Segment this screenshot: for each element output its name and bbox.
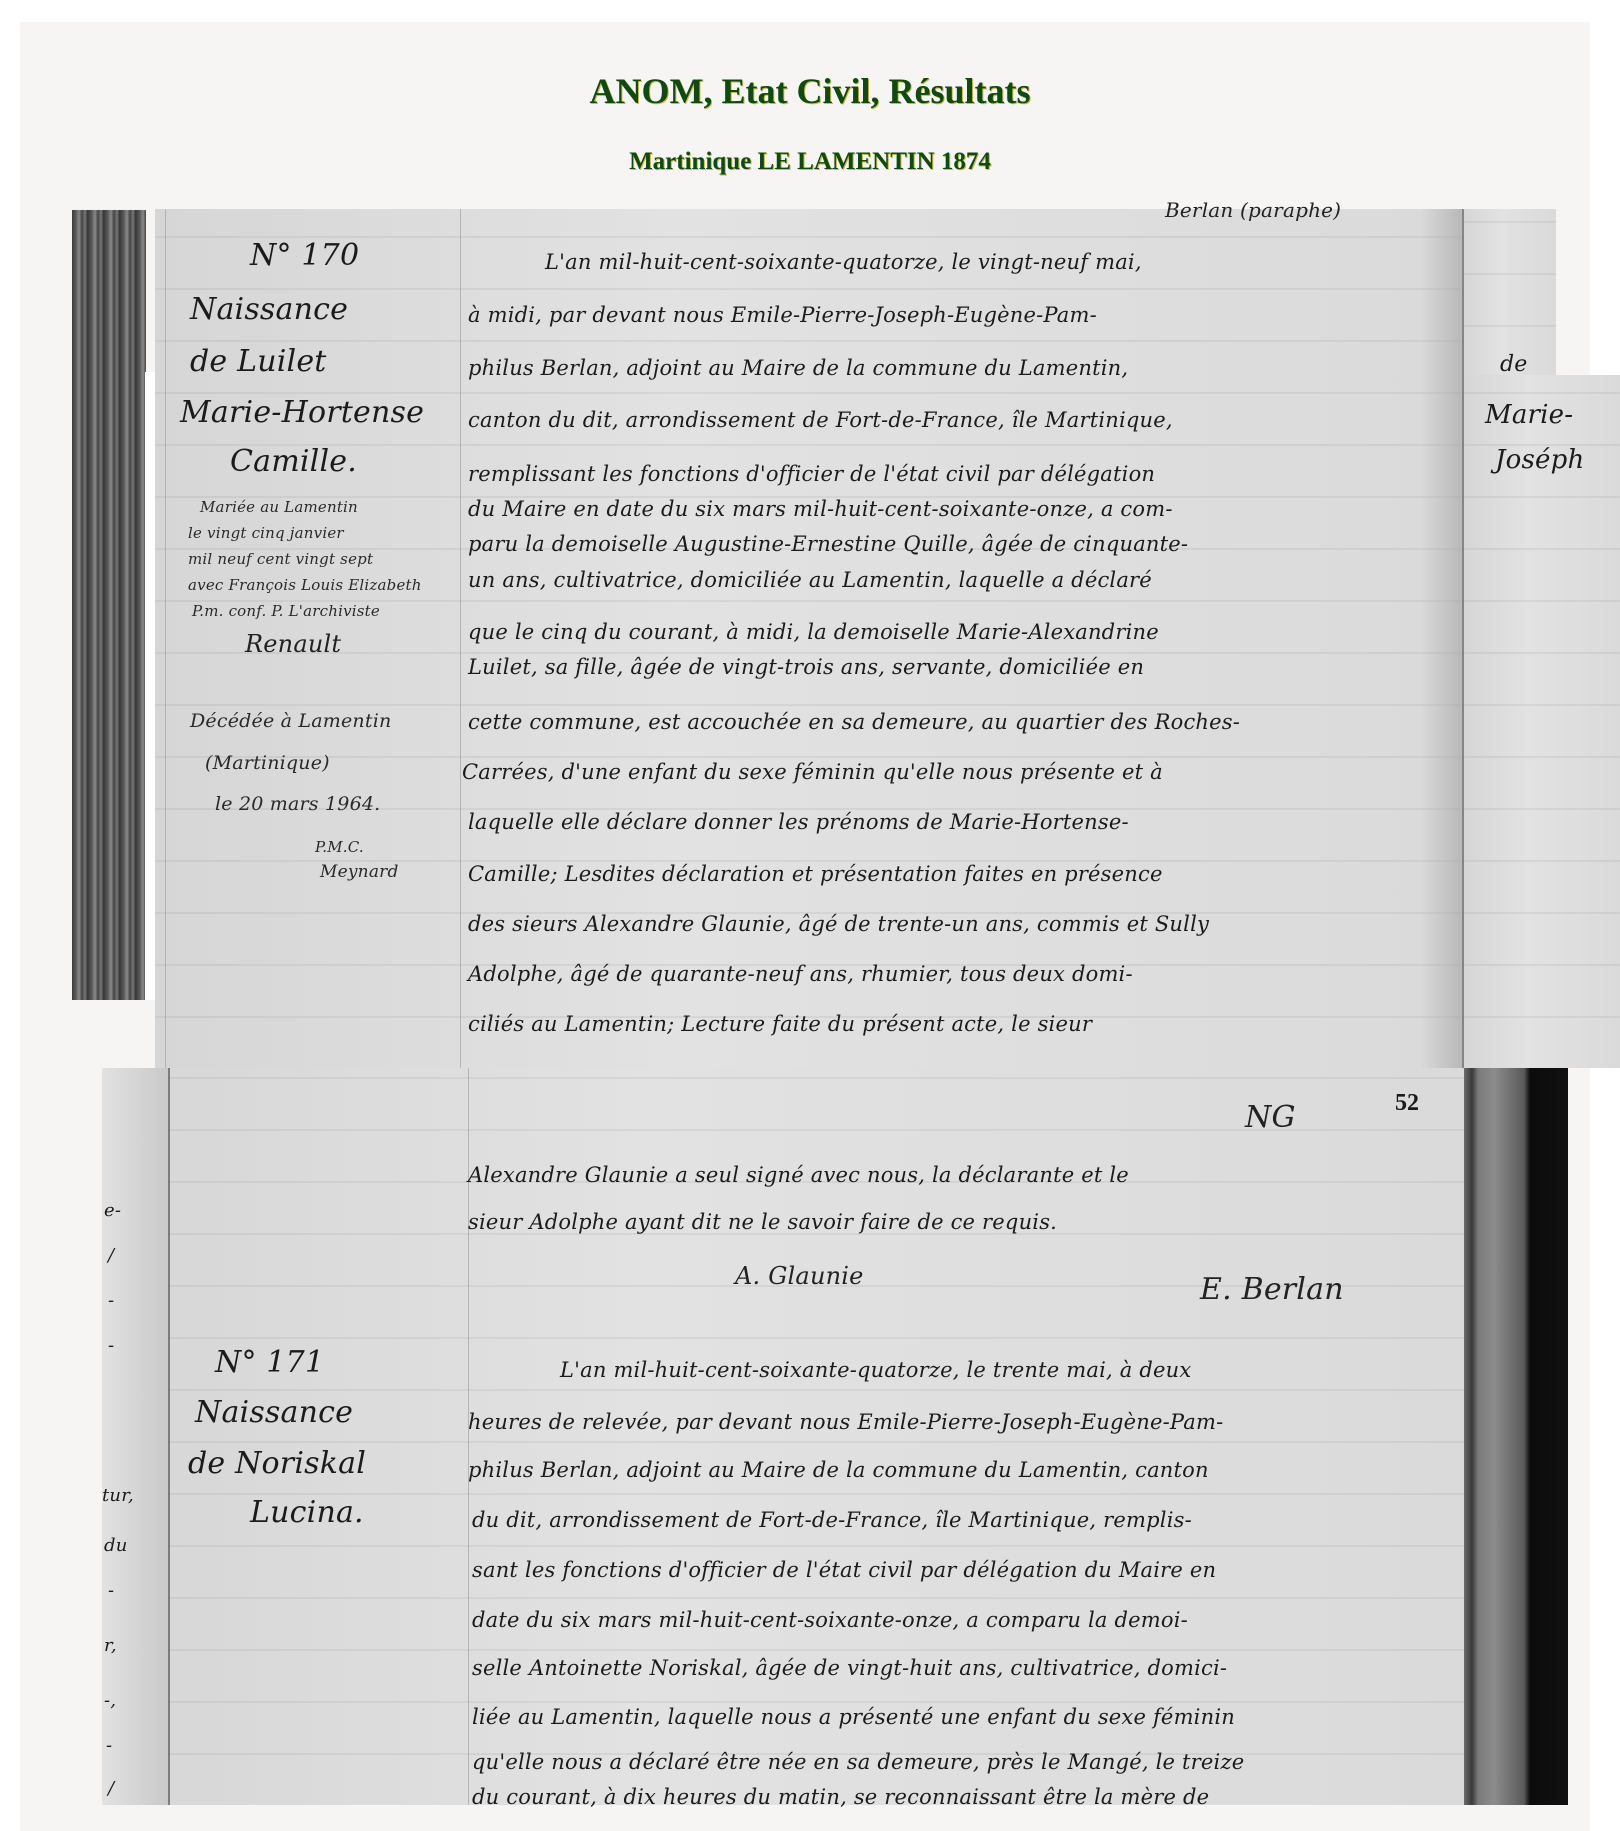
page-title: ANOM, Etat Civil, Résultats bbox=[0, 70, 1620, 112]
body-line: L'an mil-huit-cent-soixante-quatorze, le… bbox=[560, 1358, 1191, 1382]
adjacent-text: Joséph bbox=[1495, 445, 1584, 475]
continuation-line: Alexandre Glaunie a seul signé avec nous… bbox=[468, 1163, 1129, 1187]
body-line: philus Berlan, adjoint au Maire de la co… bbox=[468, 1458, 1209, 1482]
margin-naissance: Naissance bbox=[190, 292, 348, 327]
body-line: heures de relevée, par devant nous Emile… bbox=[468, 1410, 1223, 1434]
margin-surname: de Noriskal bbox=[188, 1446, 366, 1481]
body-line: du Maire en date du six mars mil-huit-ce… bbox=[468, 497, 1173, 521]
body-line: Luilet, sa fille, âgée de vingt-trois an… bbox=[468, 655, 1144, 679]
body-line: paru la demoiselle Augustine-Ernestine Q… bbox=[468, 532, 1188, 556]
margin-given-names-2: Camille. bbox=[230, 444, 357, 479]
body-line: du courant, à dix heures du matin, se re… bbox=[472, 1785, 1209, 1809]
body-line: cette commune, est accouchée en sa demeu… bbox=[468, 710, 1240, 734]
body-line: des sieurs Alexandre Glaunie, âgé de tre… bbox=[468, 912, 1209, 936]
margin-given-names: Marie-Hortense bbox=[180, 395, 424, 430]
body-line: canton du dit, arrondissement de Fort-de… bbox=[468, 408, 1173, 432]
body-line: ciliés au Lamentin; Lecture faite du pré… bbox=[468, 1012, 1092, 1036]
margin-naissance: Naissance bbox=[195, 1395, 353, 1430]
body-line: liée au Lamentin, laquelle nous a présen… bbox=[472, 1705, 1235, 1729]
binding-strip-right bbox=[1464, 1068, 1568, 1805]
gutter-shadow bbox=[1420, 209, 1462, 1068]
adjacent-text: de bbox=[1500, 352, 1528, 377]
page-number: 52 bbox=[1395, 1090, 1419, 1117]
initials-mark: NG bbox=[1245, 1100, 1296, 1135]
act-number: N° 170 bbox=[250, 238, 359, 273]
act-number: N° 171 bbox=[215, 1345, 324, 1380]
adjacent-text: Marie- bbox=[1485, 400, 1573, 430]
body-line: remplissant les fonctions d'officier de … bbox=[468, 462, 1155, 486]
body-line: que le cinq du courant, à midi, la demoi… bbox=[468, 620, 1159, 644]
margin-surname: de Luilet bbox=[190, 344, 327, 379]
body-line: date du six mars mil-huit-cent-soixante-… bbox=[472, 1608, 1188, 1632]
page-subtitle: Martinique LE LAMENTIN 1874 bbox=[0, 148, 1620, 176]
archivist-signature: Renault bbox=[245, 630, 341, 658]
body-line: sant les fonctions d'officier de l'état … bbox=[472, 1558, 1216, 1582]
adjacent-page bbox=[1464, 375, 1620, 1068]
binding-rule bbox=[165, 209, 166, 1068]
margin-rule bbox=[460, 209, 461, 1068]
body-line: à midi, par devant nous Emile-Pierre-Jos… bbox=[468, 303, 1097, 327]
body-line: laquelle elle déclare donner les prénoms… bbox=[468, 810, 1129, 834]
body-line: Camille; Lesdites déclaration et présent… bbox=[468, 862, 1163, 886]
body-line: du dit, arrondissement de Fort-de-France… bbox=[472, 1508, 1192, 1532]
signature-paraphe: Berlan (paraphe) bbox=[1165, 198, 1341, 222]
body-line: philus Berlan, adjoint au Maire de la co… bbox=[468, 356, 1128, 380]
margin-given-names: Lucina. bbox=[250, 1495, 364, 1530]
body-line: Carrées, d'une enfant du sexe féminin qu… bbox=[462, 760, 1163, 784]
body-line: qu'elle nous a déclaré être née en sa de… bbox=[472, 1750, 1244, 1774]
body-line: selle Antoinette Noriskal, âgée de vingt… bbox=[472, 1656, 1227, 1680]
binding-strip-left bbox=[72, 210, 146, 1000]
binding-rule bbox=[168, 1068, 170, 1805]
witness-signature: A. Glaunie bbox=[735, 1262, 864, 1290]
officer-signature: E. Berlan bbox=[1200, 1272, 1344, 1307]
body-line: Adolphe, âgé de quarante-neuf ans, rhumi… bbox=[468, 962, 1133, 986]
body-line: L'an mil-huit-cent-soixante-quatorze, le… bbox=[545, 250, 1142, 274]
body-line: un ans, cultivatrice, domiciliée au Lame… bbox=[468, 568, 1152, 592]
continuation-line: sieur Adolphe ayant dit ne le savoir fai… bbox=[468, 1210, 1057, 1234]
